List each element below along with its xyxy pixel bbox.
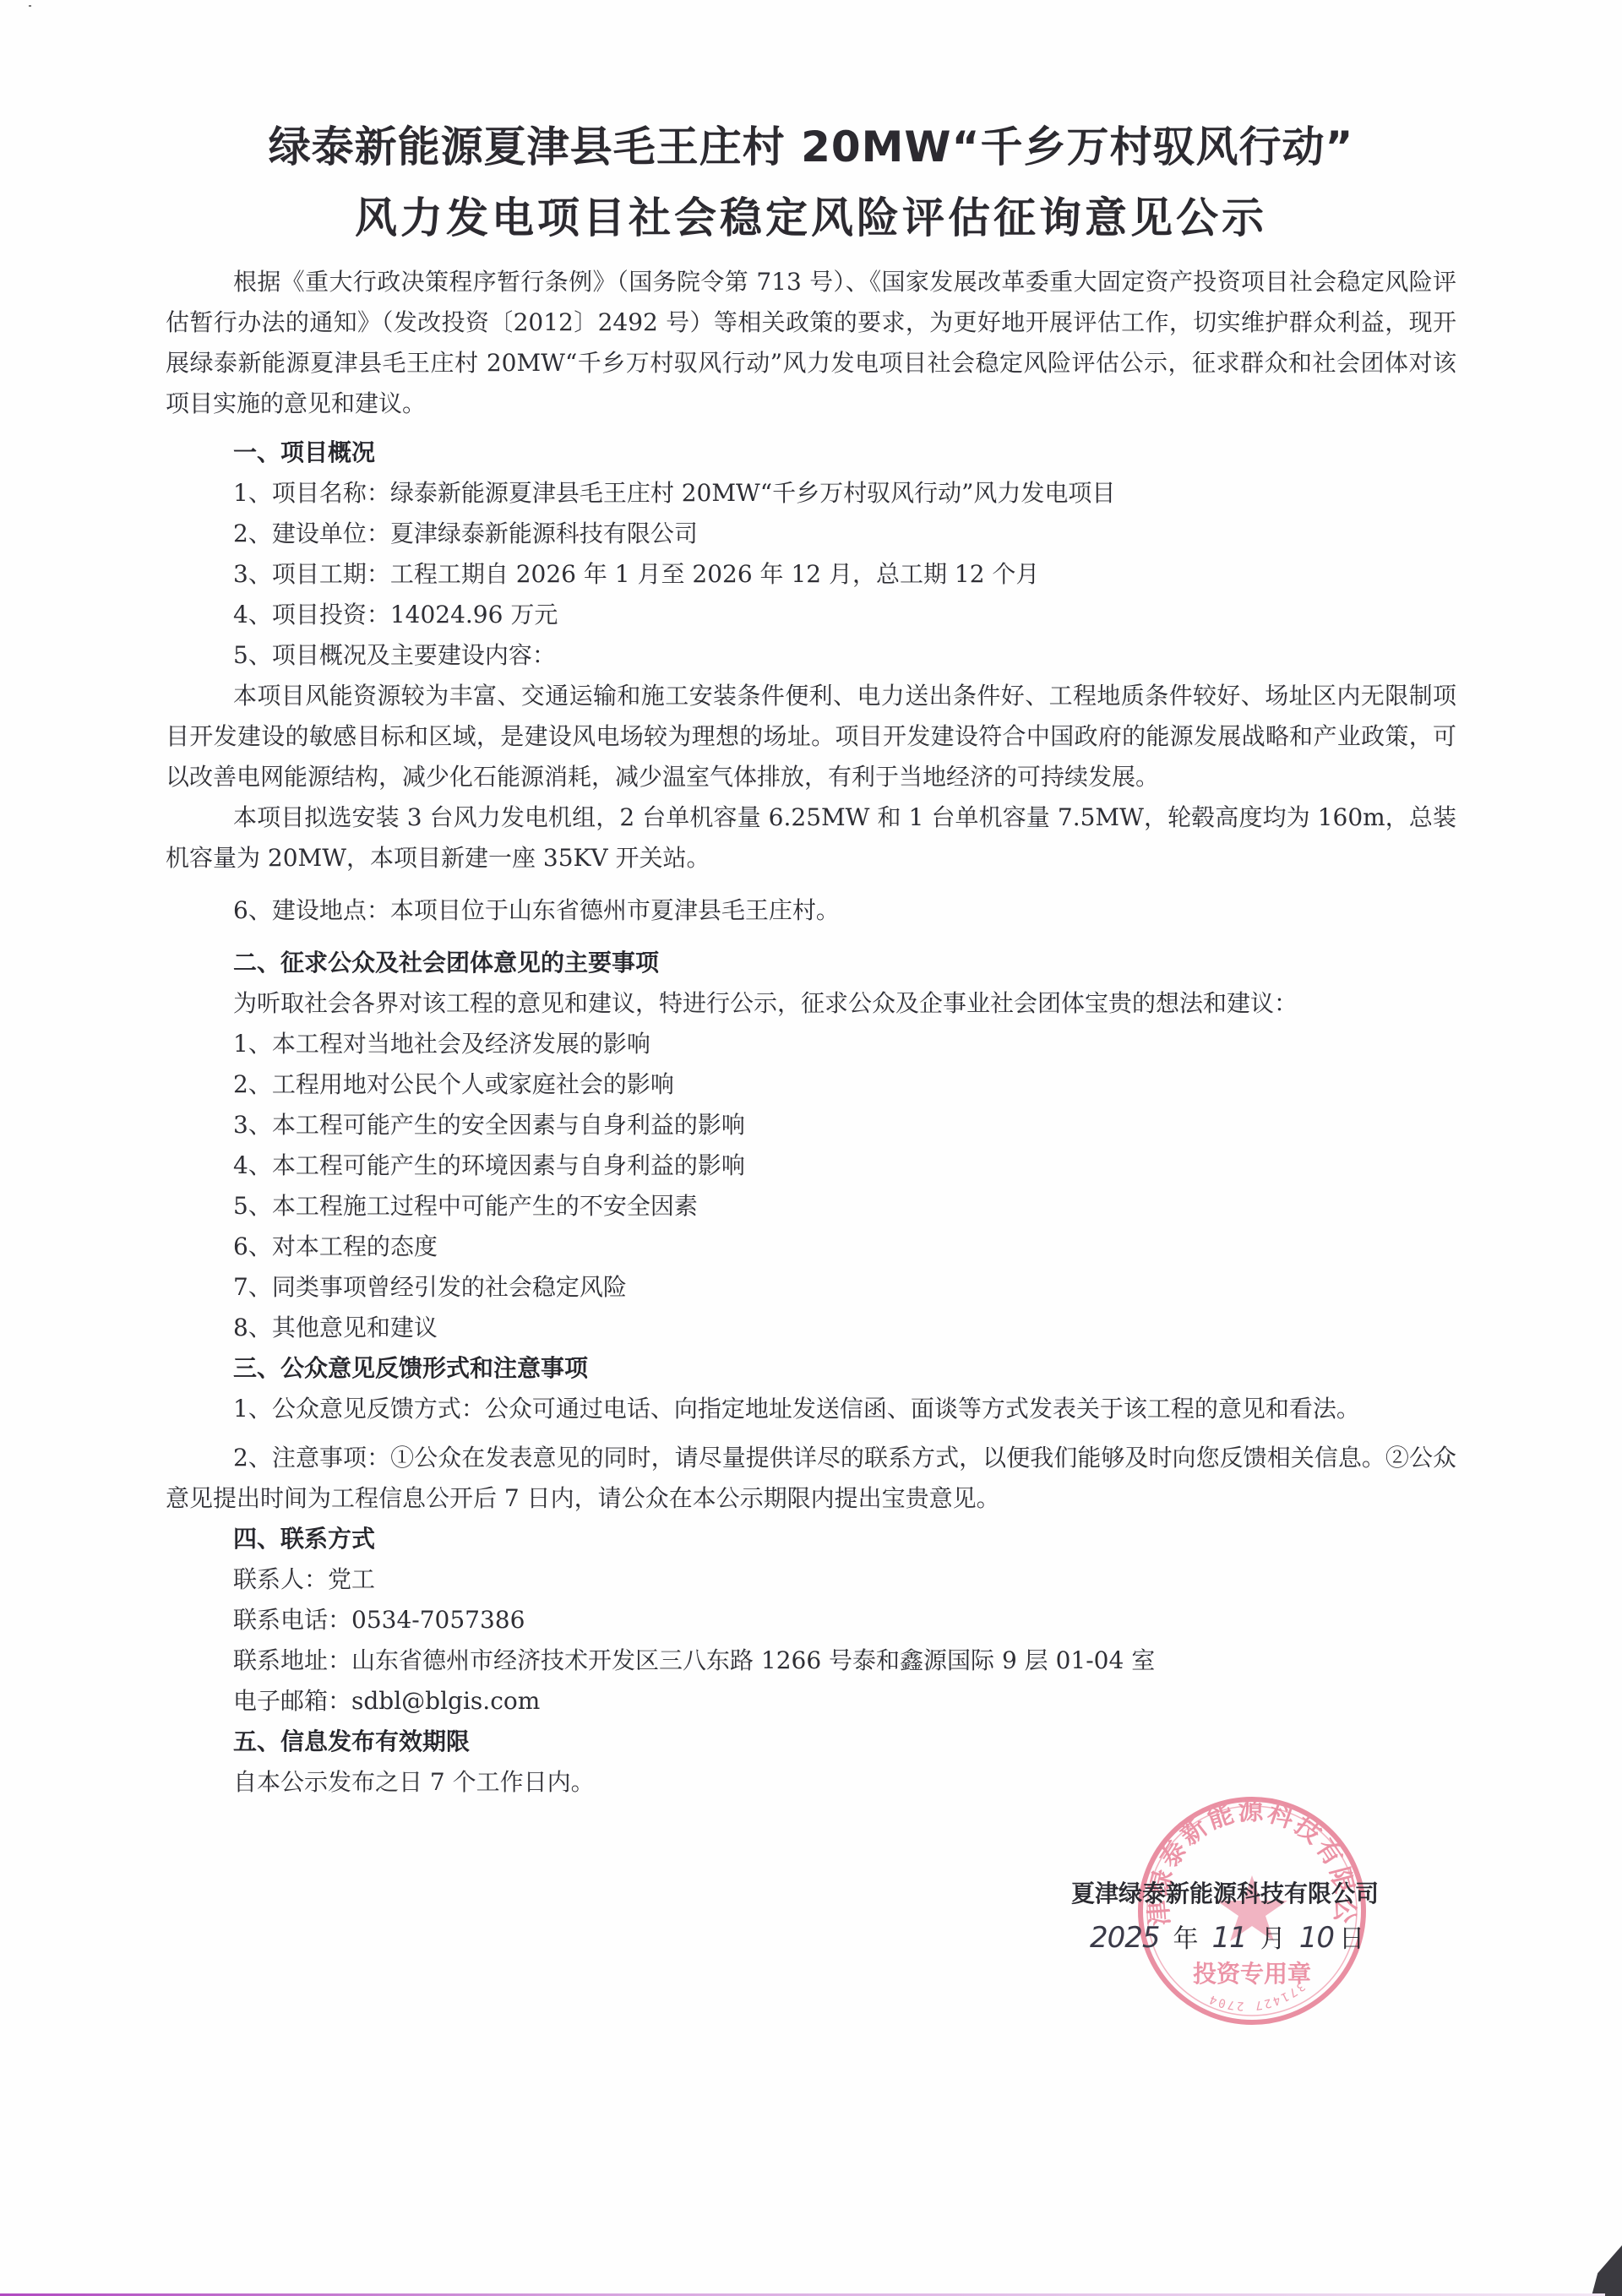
scan-speck (29, 5, 31, 7)
document-title-line1: 绿泰新能源夏津县毛王庄村 20MW“千乡万村驭风行动” (0, 122, 1622, 172)
consultation-item: 3、本工程可能产生的安全因素与自身利益的影响 (166, 1105, 1456, 1145)
section-heading-validity: 五、信息发布有效期限 (166, 1722, 1456, 1762)
scanned-document-page: 绿泰新能源夏津县毛王庄村 20MW“千乡万村驭风行动” 风力发电项目社会稳定风险… (0, 0, 1622, 2296)
contact-phone: 联系电话：0534-7057386 (166, 1600, 1456, 1640)
company-seal-stamp-icon: 夏津绿泰新能源科技有限公司 投资专用章 371427 2704 (1135, 1794, 1369, 2027)
svg-text:投资专用章: 投资专用章 (1193, 1960, 1311, 1988)
consultation-item: 8、其他意见和建议 (166, 1308, 1456, 1348)
consultation-item: 2、工程用地对公民个人或家庭社会的影响 (166, 1064, 1456, 1105)
consultation-lead: 为听取社会各界对该工程的意见和建议，特进行公示，征求公众及企事业社会团体宝贵的想… (166, 983, 1456, 1024)
contact-email: 电子邮箱：sdbl@blgis.com (166, 1681, 1456, 1722)
intro-paragraph: 根据《重大行政决策程序暂行条例》（国务院令第 713 号）、《国家发展改革委重大… (166, 262, 1456, 424)
consultation-item: 4、本工程可能产生的环境因素与自身利益的影响 (166, 1145, 1456, 1186)
consultation-item: 5、本工程施工过程中可能产生的不安全因素 (166, 1186, 1456, 1227)
feedback-method-paragraph: 1、公众意见反馈方式：公众可通过电话、向指定地址发送信函、面谈等方式发表关于该工… (166, 1389, 1456, 1429)
page-corner-fold (1592, 2245, 1622, 2296)
overview-item-location: 6、建设地点：本项目位于山东省德州市夏津县毛王庄村。 (166, 890, 1456, 931)
contact-address: 联系地址：山东省德州市经济技术开发区三八东路 1266 号泰和鑫源国际 9 层 … (166, 1640, 1456, 1681)
overview-item-builder: 2、建设单位：夏津绿泰新能源科技有限公司 (166, 514, 1456, 554)
section-heading-project-overview: 一、项目概况 (166, 433, 1456, 473)
date-year-unit: 年 (1173, 1924, 1199, 1954)
document-title-line2: 风力发电项目社会稳定风险评估征询意见公示 (0, 193, 1622, 243)
consultation-item: 1、本工程对当地社会及经济发展的影响 (166, 1024, 1456, 1064)
consultation-item: 6、对本工程的态度 (166, 1227, 1456, 1267)
overview-item-content-label: 5、项目概况及主要建设内容： (166, 635, 1456, 676)
date-day-unit: 日 (1339, 1924, 1364, 1954)
signature-date: 2025年11月10日 (1090, 1921, 1364, 1956)
feedback-notes-paragraph: 2、注意事项：①公众在发表意见的同时，请尽量提供详尽的联系方式，以便我们能够及时… (166, 1438, 1456, 1519)
consultation-item: 7、同类事项曾经引发的社会稳定风险 (166, 1267, 1456, 1308)
date-year-handwritten: 2025 (1090, 1921, 1160, 1955)
date-day-handwritten: 10 (1299, 1921, 1334, 1955)
overview-paragraph-conditions: 本项目风能资源较为丰富、交通运输和施工安装条件便利、电力送出条件好、工程地质条件… (166, 676, 1456, 797)
date-month-handwritten: 11 (1212, 1921, 1247, 1955)
overview-paragraph-turbines: 本项目拟选安装 3 台风力发电机组，2 台单机容量 6.25MW 和 1 台单机… (166, 797, 1456, 879)
overview-item-name: 1、项目名称：绿泰新能源夏津县毛王庄村 20MW“千乡万村驭风行动”风力发电项目 (166, 473, 1456, 514)
section-heading-contact: 四、联系方式 (166, 1519, 1456, 1559)
overview-item-investment: 4、项目投资：14024.96 万元 (166, 595, 1456, 635)
section-heading-consultation-matters: 二、征求公众及社会团体意见的主要事项 (166, 943, 1456, 983)
overview-item-schedule: 3、项目工期：工程工期自 2026 年 1 月至 2026 年 12 月，总工期… (166, 554, 1456, 595)
date-month-unit: 月 (1260, 1924, 1286, 1954)
document-body: 根据《重大行政决策程序暂行条例》（国务院令第 713 号）、《国家发展改革委重大… (166, 262, 1456, 1803)
signature-company: 夏津绿泰新能源科技有限公司 (1071, 1877, 1379, 1911)
section-heading-feedback: 三、公众意见反馈形式和注意事项 (166, 1348, 1456, 1389)
contact-person: 联系人：党工 (166, 1559, 1456, 1600)
